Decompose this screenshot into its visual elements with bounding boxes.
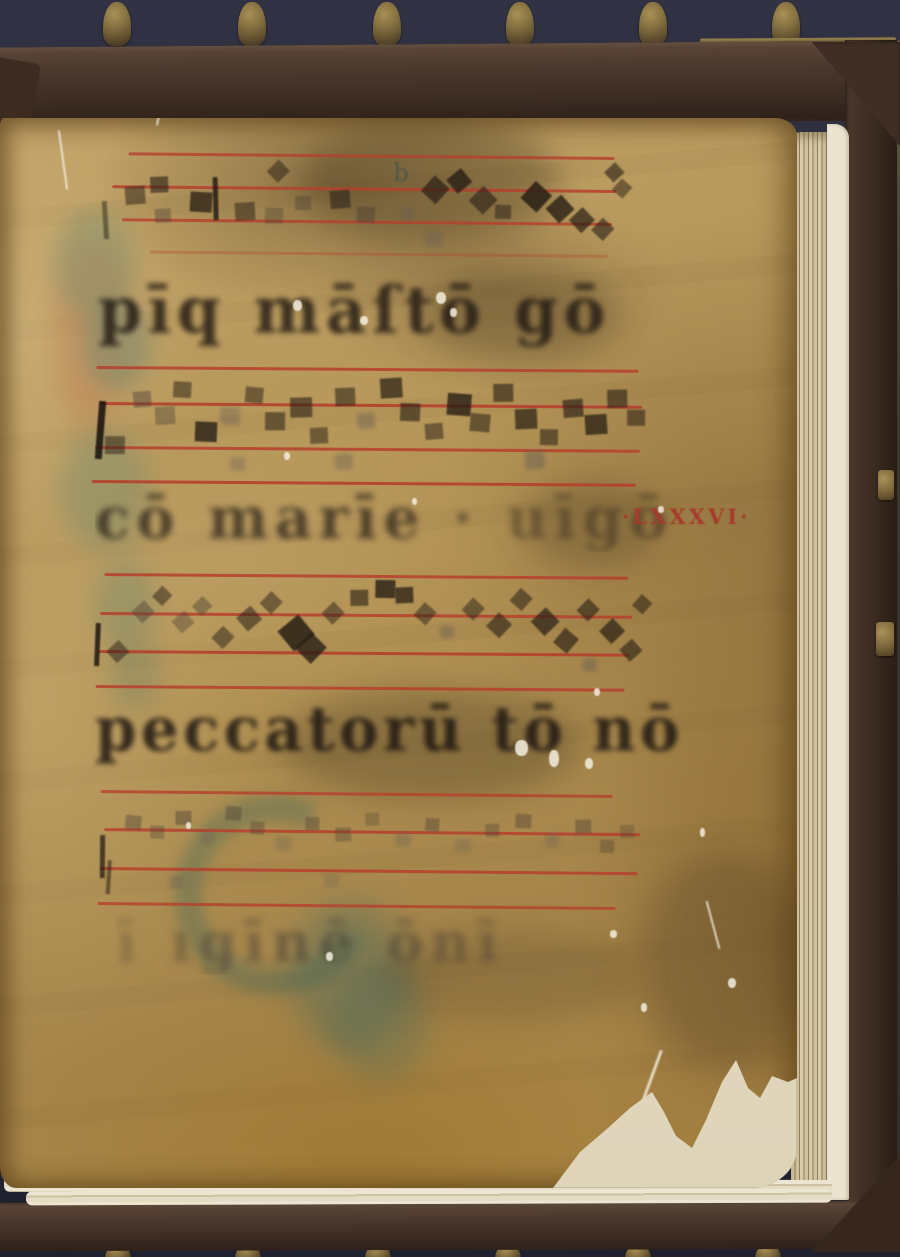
- neume-note: [250, 821, 265, 835]
- neume-note: [260, 591, 283, 614]
- neume-note: [335, 827, 351, 842]
- clef-mark: [94, 623, 101, 666]
- neume-note: [334, 453, 353, 470]
- staff-line: [98, 650, 630, 657]
- neume-note: [627, 410, 645, 426]
- neume-note: [190, 191, 213, 212]
- neume-note: [562, 399, 583, 419]
- neume-note: [324, 874, 339, 887]
- ink-flake-speck: [610, 930, 617, 938]
- neume-note: [124, 186, 145, 205]
- neume-note: [425, 231, 443, 247]
- brass-boss-icon: [238, 2, 266, 46]
- neume-note: [600, 840, 615, 853]
- staff-line: [100, 867, 638, 875]
- leather-cover-bottom-edge: [0, 1201, 900, 1251]
- neume-note: [322, 601, 345, 624]
- clasp-fitting: [878, 470, 894, 500]
- neume-note: [524, 450, 545, 470]
- chant-text-line-1: pīq māſtō gō: [98, 272, 611, 349]
- neume-note: [173, 381, 192, 398]
- neume-note: [375, 580, 395, 598]
- neume-note: [200, 831, 215, 844]
- neume-note: [155, 208, 172, 223]
- neume-note: [305, 817, 319, 830]
- neume-note: [169, 875, 184, 889]
- neume-note: [495, 205, 511, 220]
- clef-mark: [102, 201, 109, 240]
- ink-flake-speck: [360, 316, 368, 325]
- neume-note: [155, 406, 176, 425]
- chant-text-line-2: cō marīe · uīgō: [95, 484, 674, 552]
- neume-note: [106, 640, 129, 663]
- ink-flake-speck: [658, 506, 664, 513]
- neume-note: [329, 190, 350, 209]
- music-staff: b: [94, 146, 635, 283]
- neume-note: [469, 413, 491, 433]
- staff-line: [96, 685, 625, 692]
- chant-text-line-4: ī ıgīnē ōnī: [116, 910, 505, 975]
- ink-flake-speck: [293, 300, 302, 311]
- ink-flake-speck: [549, 750, 559, 767]
- ink-flake-speck: [436, 292, 446, 304]
- ink-flake-speck: [284, 452, 290, 460]
- staff-line: [96, 366, 638, 373]
- folio-number: ·LXXXVI·: [622, 504, 750, 529]
- neume-note: [424, 423, 443, 441]
- neume-note: [510, 588, 533, 611]
- neume-note: [591, 218, 614, 241]
- neume-note: [612, 178, 632, 198]
- neume-note: [515, 814, 532, 829]
- neume-note: [400, 403, 421, 422]
- brass-boss-icon: [506, 2, 534, 46]
- neume-note: [152, 586, 172, 606]
- clasp-fitting: [876, 622, 894, 656]
- neume-note: [234, 202, 255, 221]
- neume-note: [195, 421, 218, 442]
- staff-line: [129, 152, 615, 160]
- neume-note: [211, 626, 234, 649]
- staff-line: [150, 251, 608, 258]
- neume-note: [310, 427, 329, 444]
- neume-note: [582, 658, 597, 672]
- neume-note: [236, 606, 262, 632]
- neume-note: [150, 825, 164, 838]
- neume-note: [275, 836, 292, 852]
- neume-note: [335, 387, 356, 406]
- scratch-mark: [156, 118, 166, 126]
- neume-note: [295, 196, 311, 211]
- neume-note: [515, 409, 538, 430]
- clef-mark: [100, 835, 106, 878]
- neume-note: [531, 607, 560, 636]
- neume-note: [540, 429, 558, 446]
- ink-flake-speck: [641, 1003, 647, 1012]
- pigment-stain: [640, 850, 797, 1070]
- ink-flake-speck: [186, 822, 191, 829]
- parchment-page: b pīq māſtō gō cō marīe · uīgō peccatorū…: [0, 118, 797, 1188]
- ink-flake-speck: [594, 688, 600, 696]
- ink-flake-speck: [326, 952, 333, 961]
- ink-flake-speck: [700, 828, 705, 837]
- neume-note: [356, 412, 375, 430]
- neume-note: [150, 176, 169, 193]
- staff-line: [98, 902, 616, 910]
- neume-note: [105, 436, 125, 454]
- brass-boss-icon: [373, 2, 401, 46]
- ink-flake-speck: [585, 758, 593, 769]
- neume-note: [125, 815, 142, 831]
- neume-note: [267, 160, 290, 183]
- neume-note: [425, 818, 440, 832]
- staff-line: [104, 828, 640, 836]
- neume-note: [230, 457, 246, 472]
- neume-note: [265, 207, 283, 224]
- flat-sign: b: [393, 159, 409, 187]
- brass-boss-icon: [639, 2, 667, 46]
- neume-note: [440, 625, 455, 638]
- leather-cover-top-edge: [0, 40, 900, 127]
- neume-note: [399, 206, 414, 220]
- neume-note: [290, 397, 313, 417]
- neume-note: [265, 412, 285, 430]
- neume-note: [553, 628, 579, 654]
- manuscript-photo: b pīq māſtō gō cō marīe · uīgō peccatorū…: [0, 0, 900, 1257]
- neume-note: [395, 587, 414, 604]
- scratch-mark: [58, 130, 68, 190]
- neume-note: [599, 618, 625, 644]
- neume-note: [607, 389, 627, 408]
- neume-note: [493, 384, 513, 402]
- neume-note: [133, 391, 152, 409]
- flyleaf-page-edge: [827, 124, 849, 1200]
- neume-note: [455, 838, 471, 853]
- page-stack-bottom-edge: [26, 1189, 832, 1206]
- ink-flake-speck: [515, 740, 528, 756]
- neume-note: [357, 206, 375, 223]
- ink-flake-speck: [450, 308, 457, 317]
- staff-line: [104, 573, 628, 580]
- neume-note: [414, 602, 437, 625]
- clef-mark: [213, 177, 219, 220]
- neume-note: [365, 812, 379, 825]
- ink-flake-speck: [412, 498, 417, 505]
- brass-boss-icon: [103, 2, 131, 46]
- neume-note: [350, 590, 368, 606]
- neume-note: [619, 639, 642, 662]
- neume-note: [245, 386, 264, 404]
- staff-line: [95, 446, 640, 453]
- neume-note: [380, 377, 403, 398]
- ink-flake-speck: [728, 978, 736, 988]
- clef-mark: [106, 860, 112, 894]
- music-staff: [95, 573, 636, 709]
- music-staff: [94, 790, 640, 927]
- neume-note: [446, 393, 472, 416]
- neume-note: [584, 414, 607, 435]
- neume-note: [132, 600, 155, 623]
- neume-note: [395, 832, 412, 848]
- neume-note: [632, 594, 652, 614]
- chant-text-line-3: peccatorū tō nō: [95, 692, 684, 766]
- neume-note: [545, 834, 559, 847]
- staff-line: [100, 402, 642, 409]
- neume-note: [620, 825, 634, 838]
- music-staff: [95, 366, 644, 502]
- neume-note: [575, 819, 591, 834]
- neume-note: [225, 806, 242, 822]
- neume-note: [220, 407, 240, 425]
- neume-note: [485, 824, 499, 837]
